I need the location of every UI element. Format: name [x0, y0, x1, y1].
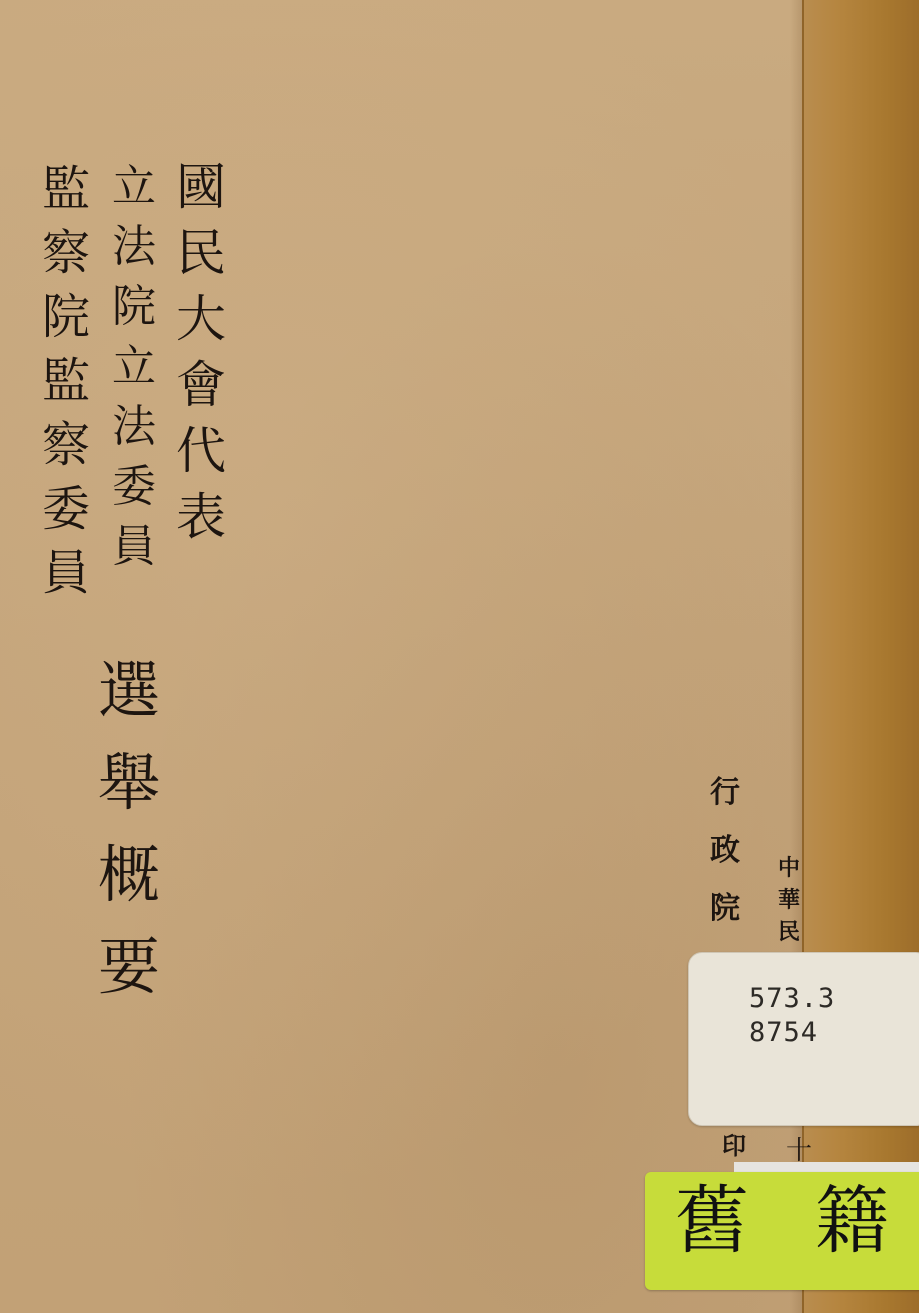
title-char: 察 — [42, 229, 90, 277]
title-char: 立 — [112, 165, 156, 209]
title-char: 選 — [98, 660, 160, 722]
date-char: 中 — [778, 858, 800, 880]
call-number-label: 573.3 8754 — [688, 952, 919, 1126]
title-char: 民 — [176, 228, 226, 278]
publication-date-partial: 中 華 民 — [778, 858, 800, 954]
title-char: 舉 — [98, 752, 160, 814]
title-line-national-assembly: 國 民 大 會 代 表 — [176, 162, 226, 558]
title-char: 監 — [42, 357, 90, 405]
date-char: 民 — [778, 922, 800, 944]
title-line-control-yuan: 監 察 院 監 察 委 員 — [42, 165, 90, 613]
title-char: 要 — [98, 936, 160, 998]
title-char: 員 — [112, 525, 156, 569]
publisher-executive-yuan: 行 政 院 — [710, 778, 740, 952]
title-char: 會 — [176, 360, 226, 410]
title-char: 委 — [42, 485, 90, 533]
title-char: 委 — [112, 465, 156, 509]
print-char-fragment: 印 — [722, 1126, 746, 1161]
publisher-char: 院 — [710, 894, 740, 924]
title-char: 院 — [112, 285, 156, 329]
title-char: 表 — [176, 492, 226, 542]
title-char: 察 — [42, 421, 90, 469]
label-char-books: 籍 — [815, 1184, 889, 1258]
title-char: 概 — [98, 844, 160, 906]
title-char: 法 — [112, 225, 156, 269]
title-char: 監 — [42, 165, 90, 213]
title-char: 大 — [176, 294, 226, 344]
title-char: 立 — [112, 345, 156, 389]
title-line-legislative-yuan: 立 法 院 立 法 委 員 — [112, 165, 156, 585]
call-number-line2: 8754 — [749, 1017, 818, 1048]
title-char: 院 — [42, 293, 90, 341]
label-char-old: 舊 — [675, 1184, 749, 1258]
old-books-collection-label: 舊 籍 — [645, 1172, 919, 1290]
title-char: 代 — [176, 426, 226, 476]
title-char: 法 — [112, 405, 156, 449]
call-number-line1: 573.3 — [749, 983, 835, 1014]
date-char: 華 — [778, 890, 800, 912]
publisher-char: 行 — [710, 778, 740, 808]
title-char: 國 — [176, 162, 226, 212]
title-election-summary: 選 舉 概 要 — [98, 660, 160, 1028]
title-char: 員 — [42, 549, 90, 597]
publisher-char: 政 — [710, 836, 740, 866]
